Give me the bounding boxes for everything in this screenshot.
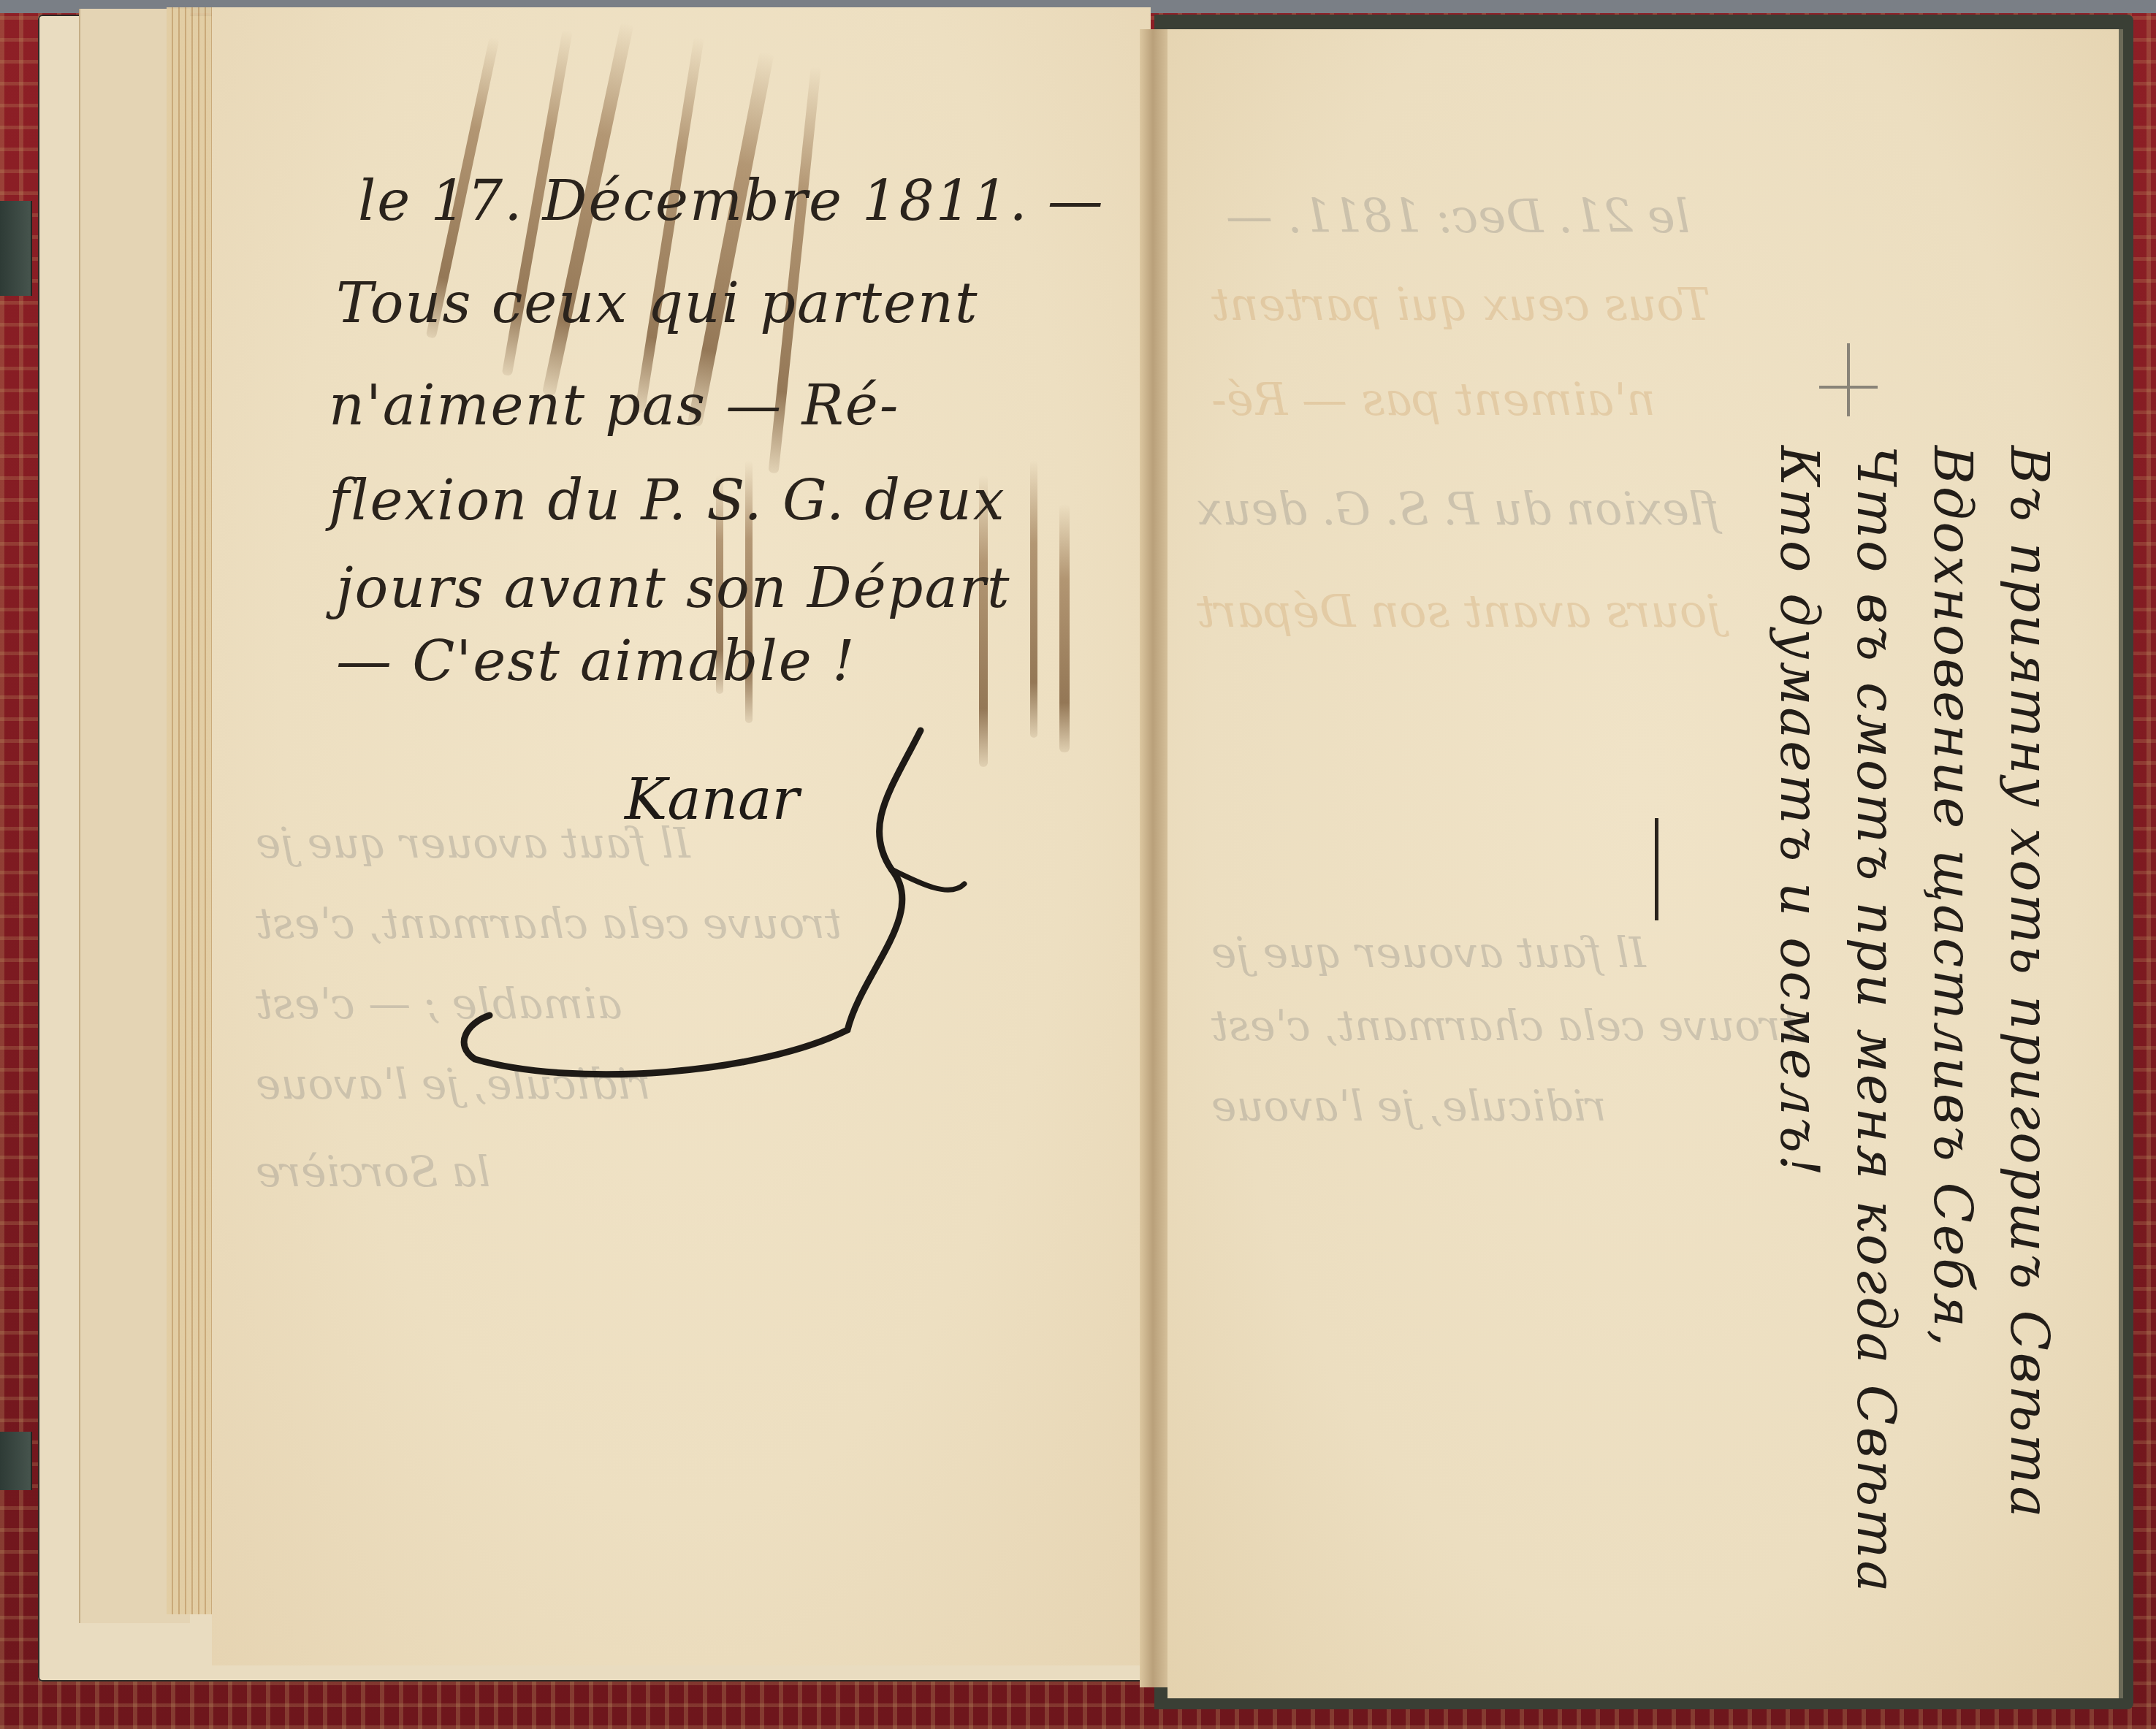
pencil-cross-mark <box>1819 343 1878 416</box>
bleed-through-line: ridicule, je l'avoue <box>1211 1081 1607 1131</box>
ink-drip <box>1030 460 1037 738</box>
ink-streak <box>687 51 774 427</box>
bleed-through-line: n'aiment pas — Ré- <box>1211 373 1656 426</box>
poem-line: Вдохновение щастливъ Себя, <box>1914 446 1991 1594</box>
clasp-upper <box>0 201 32 296</box>
russian-poem: Въ приятну хоть пригоршъ Свѣта Вдохновен… <box>1761 446 2068 1594</box>
entry-text-line: jours avant son Départ <box>336 555 1011 620</box>
poem-end-dash <box>1655 818 1658 920</box>
ink-drip <box>1059 504 1070 752</box>
poem-line: Кто думаетъ и осмелъ! <box>1761 446 1837 1594</box>
poem-line: Что въ смотъ при меня когда Свѣта <box>1837 446 1914 1594</box>
entry-date-line: le 17. Décembre 1811. — <box>358 168 1105 233</box>
bleed-through-line: Il faut avouer que je <box>1211 928 1646 977</box>
poem-line: Въ приятну хоть пригоршъ Свѣта <box>1991 446 2068 1594</box>
bleed-through-line: Tous ceux qui partent <box>1211 278 1710 331</box>
bleed-through-line: le 21. Dec: 1811. — <box>1226 190 1690 244</box>
book-photo: Il faut avouer que je trouve cela charma… <box>0 0 2156 1729</box>
entry-text-line: Tous ceux qui partent <box>336 270 979 335</box>
entry-text-line: n'aiment pas — Ré- <box>329 373 899 438</box>
clasp-lower <box>0 1432 32 1490</box>
book-gutter <box>1140 29 1169 1687</box>
signature-flourish <box>453 723 1008 1088</box>
entry-text-line: flexion du P. S. G. deux <box>329 467 1006 533</box>
bleed-through-line: la Sorcière <box>256 1147 490 1196</box>
bleed-through-line: jours avant son Départ <box>1197 584 1721 638</box>
bleed-through-line: trouve cela charmant, c'est <box>1211 1001 1797 1050</box>
bleed-through-line: flexion du P. S. G. deux <box>1197 482 1719 535</box>
entry-text-line: — C'est aimable ! <box>336 628 856 693</box>
leaf-stack-edges <box>167 7 212 1614</box>
